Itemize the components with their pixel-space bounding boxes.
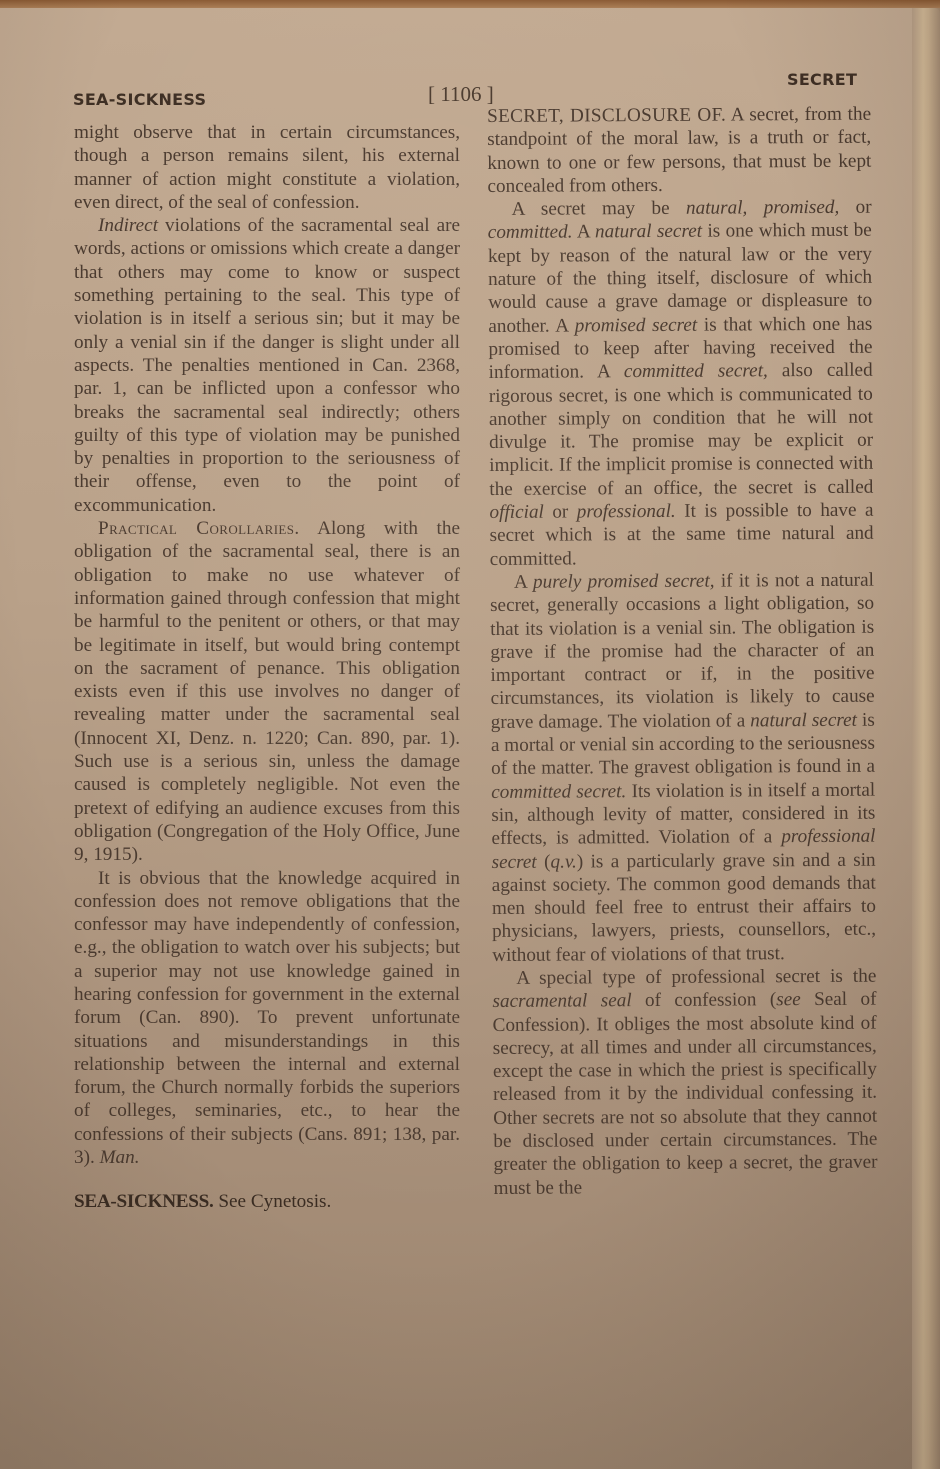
paragraph: Practical Corollaries. Along with the ob… <box>74 517 460 866</box>
page-stack-edge <box>912 8 940 1469</box>
entry-headword: SECRET, DISCLOSURE OF. <box>487 105 726 127</box>
paragraph: Indirect violations of the sacramental s… <box>74 214 460 517</box>
paragraph: It is obvious that the knowledge acquire… <box>74 867 460 1170</box>
running-head-left: SEA-SICKNESS <box>73 90 206 109</box>
running-head-right: SECRET <box>787 70 857 89</box>
paragraph: A purely promised secret, if it is not a… <box>490 569 876 967</box>
author-signature: Man. <box>100 1147 140 1168</box>
cross-reference-entry: SEA-SICKNESS. See Cynetosis. <box>74 1190 460 1213</box>
paragraph: SECRET, DISCLOSURE OF. A secret, from th… <box>487 103 872 199</box>
paragraph: A secret may be natural, promised, or co… <box>488 196 874 571</box>
italic-term: Indirect <box>98 215 158 236</box>
section-lead: Practical Corollaries. <box>98 518 300 539</box>
paragraph: A special type of professional secret is… <box>492 965 877 1200</box>
left-column: might observe that in certain circumstan… <box>74 121 460 1214</box>
right-column: SECRET, DISCLOSURE OF. A secret, from th… <box>487 103 878 1200</box>
entry-headword: SEA-SICKNESS. <box>74 1191 214 1212</box>
page-number: [ 1106 ] <box>428 82 494 107</box>
paragraph: might observe that in certain circumstan… <box>74 121 460 214</box>
